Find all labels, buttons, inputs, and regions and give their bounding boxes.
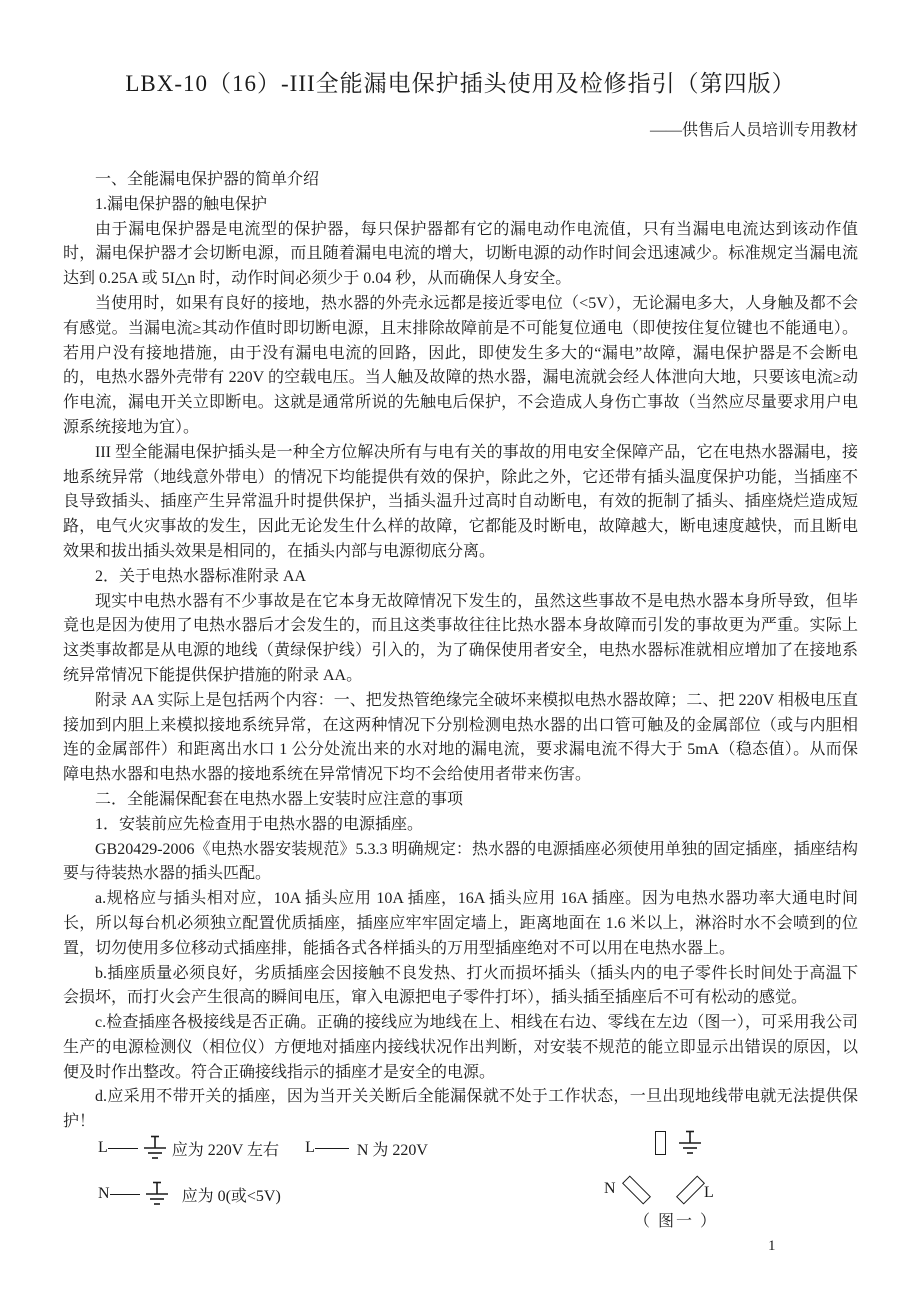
paragraph: a.规格应与插头相对应，10A 插头应用 10A 插座，16A 插头应用 16A… [63,887,858,961]
subsection-heading: 1.漏电保护器的触电保护 [63,193,858,218]
neutral-terminal-label: N [98,1185,110,1203]
wire-line [110,1194,140,1195]
voltage-note: N 为 220V [357,1137,428,1160]
earth-ground-icon [145,1181,169,1208]
subsection-heading: 2．关于电热水器标准附录 AA [63,565,858,590]
live-pin-slot [676,1176,705,1205]
neutral-pin-slot [622,1176,651,1205]
paragraph: b.插座质量必须良好，劣质插座会因接触不良发热、打火而损坏插头（插头内的电子零件… [63,962,858,1012]
document-title: LBX-10（16）-III全能漏电保护插头使用及检修指引（第四版） [63,68,858,100]
socket-wiring-figure: N L （ 图一 ） [600,1128,730,1228]
voltage-check-line-1: L 应为 220V 左右 L N 为 220V [98,1134,428,1162]
earth-ground-icon [143,1135,167,1162]
voltage-check-line-2: N 应为 0(或<5V) [98,1180,281,1208]
live-terminal-label: L [98,1139,108,1157]
document-body: 一、全能漏电保护器的简单介绍 1.漏电保护器的触电保护 由于漏电保护器是电流型的… [63,168,858,1135]
live-label: L [704,1184,714,1202]
earth-pin-slot [655,1131,666,1155]
voltage-note: 应为 220V 左右 [172,1137,279,1160]
subsection-heading: 1．安装前应先检查用于电热水器的电源插座。 [63,813,858,838]
section-heading: 二．全能漏保配套在电热水器上安装时应注意的事项 [63,788,858,813]
wire-line [108,1148,138,1149]
document-content: LBX-10（16）-III全能漏电保护插头使用及检修指引（第四版） ——供售后… [63,0,858,1135]
paragraph: d.应采用不带开关的插座，因为当开关关断后全能漏保就不处于工作状态，一旦出现地线… [63,1085,858,1135]
wire-line [315,1148,349,1149]
paragraph: c.检查插座各极接线是否正确。正确的接线应为地线在上、相线在右边、零线在左边（图… [63,1011,858,1085]
earth-ground-icon [678,1130,702,1157]
voltage-note: 应为 0(或<5V) [182,1183,281,1206]
paragraph: GB20429-2006《电热水器安装规范》5.3.3 明确规定：热水器的电源插… [63,838,858,888]
figure-caption: （ 图一 ） [634,1208,718,1231]
document-subtitle: ——供售后人员培训专用教材 [63,120,858,142]
paragraph: III 型全能漏电保护插头是一种全方位解决所有与电有关的事故的用电安全保障产品，… [63,441,858,565]
page-number: 1 [768,1238,776,1255]
paragraph: 附录 AA 实际上是包括两个内容：一、把发热管绝缘完全破坏来模拟电热水器故障；二… [63,689,858,788]
paragraph: 现实中电热水器有不少事故是在它本身无故障情况下发生的，虽然这些事故不是电热水器本… [63,590,858,689]
paragraph: 当使用时，如果有良好的接地，热水器的外壳永远都是接近零电位（<5V），无论漏电多… [63,292,858,441]
document-page: LBX-10（16）-III全能漏电保护插头使用及检修指引（第四版） ——供售后… [0,0,920,1302]
section-heading: 一、全能漏电保护器的简单介绍 [63,168,858,193]
neutral-label: N [604,1180,616,1198]
paragraph: 由于漏电保护器是电流型的保护器，每只保护器都有它的漏电动作电流值，只有当漏电电流… [63,218,858,292]
live-terminal-label: L [305,1139,315,1157]
